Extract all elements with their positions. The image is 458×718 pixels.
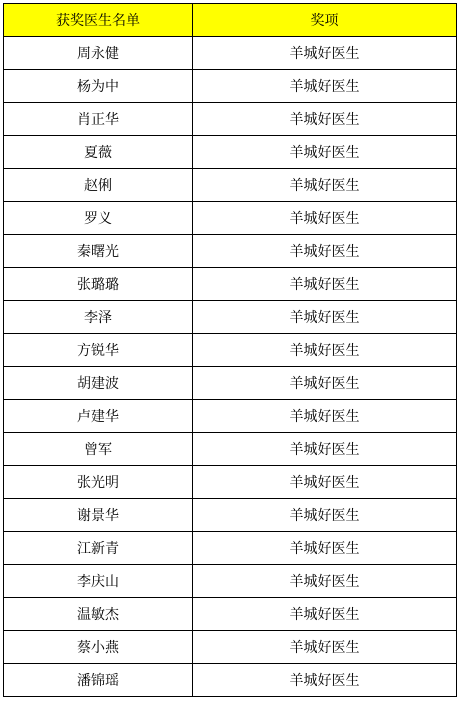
table-row: 肖正华羊城好医生: [4, 103, 457, 136]
table-row: 罗义羊城好医生: [4, 202, 457, 235]
doctor-name-cell: 李庆山: [4, 565, 193, 598]
doctor-name-cell: 李泽: [4, 301, 193, 334]
award-cell: 羊城好医生: [193, 367, 457, 400]
doctor-name-cell: 张璐璐: [4, 268, 193, 301]
doctor-name-cell: 潘锦瑶: [4, 664, 193, 697]
award-cell: 羊城好医生: [193, 268, 457, 301]
table-row: 曾军羊城好医生: [4, 433, 457, 466]
award-doctors-table: 获奖医生名单 奖项 周永健羊城好医生 杨为中羊城好医生 肖正华羊城好医生 夏薇羊…: [3, 3, 457, 697]
award-cell: 羊城好医生: [193, 235, 457, 268]
doctor-name-cell: 张光明: [4, 466, 193, 499]
award-cell: 羊城好医生: [193, 202, 457, 235]
table-row: 杨为中羊城好医生: [4, 70, 457, 103]
table-row: 李庆山羊城好医生: [4, 565, 457, 598]
table-row: 周永健羊城好医生: [4, 37, 457, 70]
table-row: 夏薇羊城好医生: [4, 136, 457, 169]
award-cell: 羊城好医生: [193, 532, 457, 565]
table-row: 赵俐羊城好医生: [4, 169, 457, 202]
award-cell: 羊城好医生: [193, 136, 457, 169]
column-header-doctor-name: 获奖医生名单: [4, 4, 193, 37]
doctor-name-cell: 杨为中: [4, 70, 193, 103]
award-cell: 羊城好医生: [193, 631, 457, 664]
table-row: 胡建波羊城好医生: [4, 367, 457, 400]
award-table-container: 获奖医生名单 奖项 周永健羊城好医生 杨为中羊城好医生 肖正华羊城好医生 夏薇羊…: [3, 3, 456, 697]
doctor-name-cell: 夏薇: [4, 136, 193, 169]
table-row: 温敏杰羊城好医生: [4, 598, 457, 631]
doctor-name-cell: 方锐华: [4, 334, 193, 367]
table-row: 秦曙光羊城好医生: [4, 235, 457, 268]
table-row: 江新青羊城好医生: [4, 532, 457, 565]
doctor-name-cell: 温敏杰: [4, 598, 193, 631]
table-row: 谢景华羊城好医生: [4, 499, 457, 532]
doctor-name-cell: 肖正华: [4, 103, 193, 136]
award-cell: 羊城好医生: [193, 565, 457, 598]
award-cell: 羊城好医生: [193, 103, 457, 136]
award-cell: 羊城好医生: [193, 598, 457, 631]
award-cell: 羊城好医生: [193, 301, 457, 334]
table-row: 潘锦瑶羊城好医生: [4, 664, 457, 697]
award-cell: 羊城好医生: [193, 37, 457, 70]
award-cell: 羊城好医生: [193, 433, 457, 466]
table-row: 方锐华羊城好医生: [4, 334, 457, 367]
award-cell: 羊城好医生: [193, 400, 457, 433]
doctor-name-cell: 曾军: [4, 433, 193, 466]
award-cell: 羊城好医生: [193, 499, 457, 532]
column-header-award: 奖项: [193, 4, 457, 37]
table-row: 张光明羊城好医生: [4, 466, 457, 499]
doctor-name-cell: 秦曙光: [4, 235, 193, 268]
table-row: 李泽羊城好医生: [4, 301, 457, 334]
award-cell: 羊城好医生: [193, 70, 457, 103]
table-row: 蔡小燕羊城好医生: [4, 631, 457, 664]
award-cell: 羊城好医生: [193, 169, 457, 202]
doctor-name-cell: 罗义: [4, 202, 193, 235]
award-cell: 羊城好医生: [193, 466, 457, 499]
doctor-name-cell: 蔡小燕: [4, 631, 193, 664]
doctor-name-cell: 卢建华: [4, 400, 193, 433]
table-row: 卢建华羊城好医生: [4, 400, 457, 433]
table-row: 张璐璐羊城好医生: [4, 268, 457, 301]
doctor-name-cell: 江新青: [4, 532, 193, 565]
doctor-name-cell: 周永健: [4, 37, 193, 70]
award-cell: 羊城好医生: [193, 664, 457, 697]
doctor-name-cell: 赵俐: [4, 169, 193, 202]
award-cell: 羊城好医生: [193, 334, 457, 367]
doctor-name-cell: 谢景华: [4, 499, 193, 532]
doctor-name-cell: 胡建波: [4, 367, 193, 400]
table-header-row: 获奖医生名单 奖项: [4, 4, 457, 37]
